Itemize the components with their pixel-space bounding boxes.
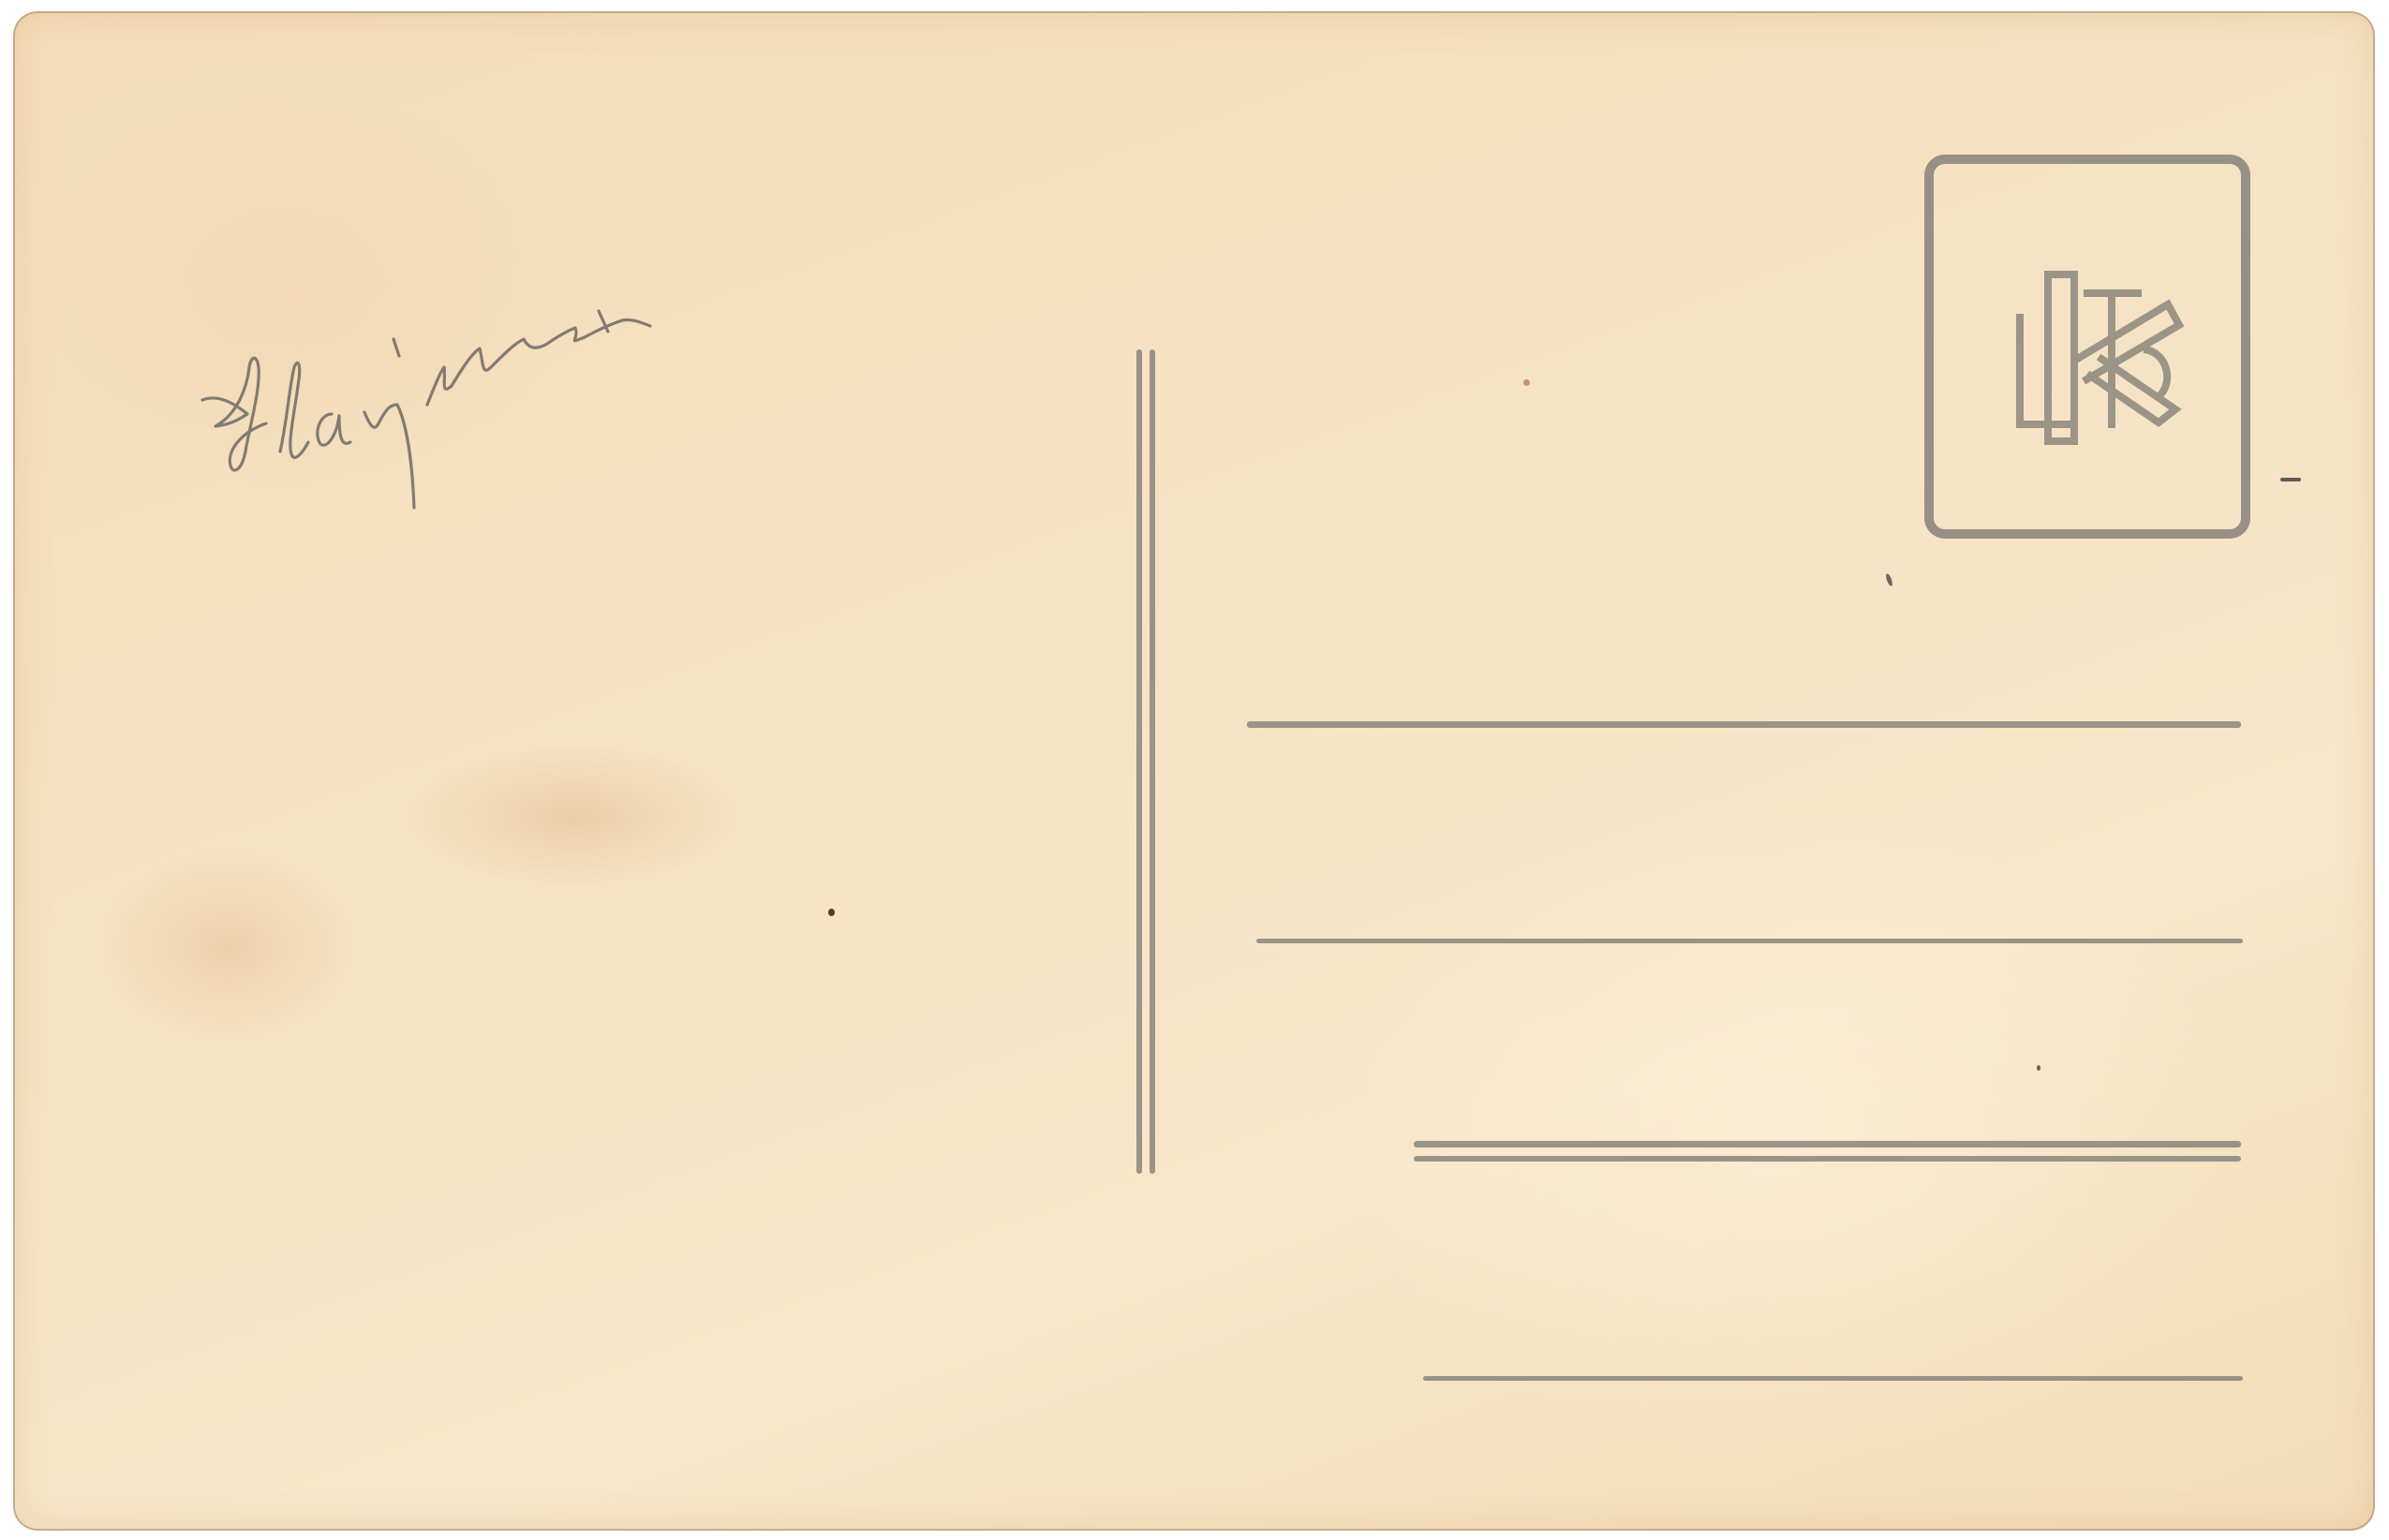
pencil-mark [1885,573,1893,587]
ink-speck [828,909,835,916]
address-line-3-upper [1414,1141,2241,1148]
stamp-box: LTKB [1924,155,2250,539]
divider-line-right [1150,349,1155,1174]
address-line-4 [1423,1376,2243,1381]
ink-speck [2037,1065,2040,1071]
publisher-monogram-icon [1934,164,2241,529]
ink-speck [1523,379,1530,386]
handwritten-text: Slavjanka [13,11,14,12]
handwritten-signature [182,274,894,536]
address-line-2 [1256,939,2243,943]
address-line-3-lower [1414,1156,2241,1162]
vertical-divider [1136,349,1157,1174]
postcard-back: LTKB Slavjanka [13,11,2375,1531]
divider-line-left [1136,349,1142,1174]
pencil-mark [2280,478,2301,481]
address-line-1 [1247,721,2241,728]
